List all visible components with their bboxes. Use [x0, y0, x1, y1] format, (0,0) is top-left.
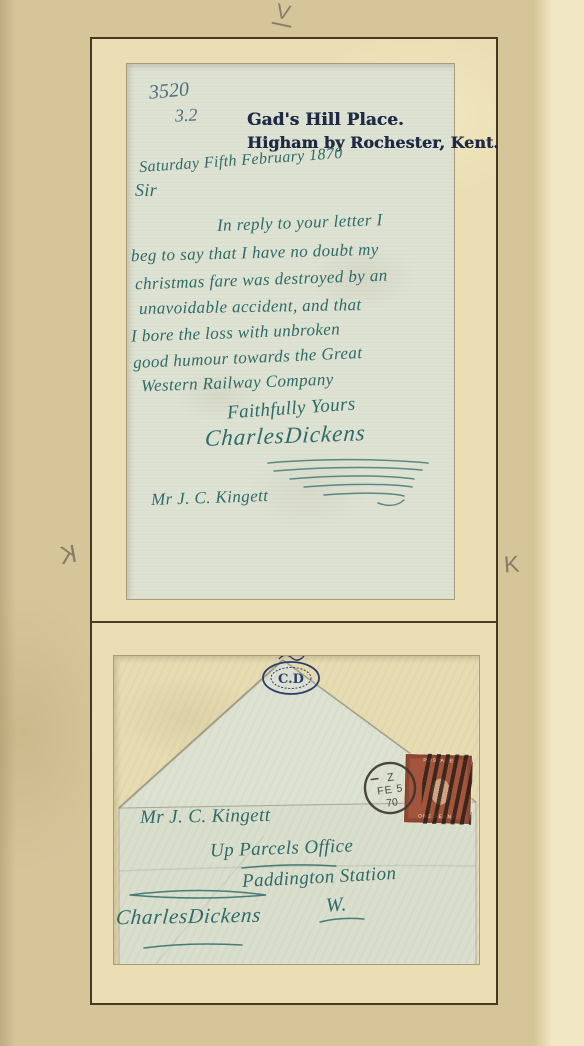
envelope-signature: CharlesDickens: [115, 903, 263, 931]
letter-body-line: I bore the loss with unbroken: [131, 319, 341, 346]
letter-sheet: 3520 3.2 Gad's Hill Place. Higham by Roc…: [126, 63, 455, 600]
letter-body-line: Western Railway Company: [141, 370, 334, 397]
catalog-number: 3520: [148, 78, 190, 104]
panel-divider: [92, 621, 496, 623]
catalog-subnumber: 3.2: [174, 104, 198, 126]
letter-body-line: beg to say that I have no doubt my: [131, 240, 379, 266]
letter-body-line: christmas fare was destroyed by an: [135, 266, 388, 295]
letter-body-line: In reply to your letter I: [217, 210, 383, 236]
docket-name: Mr J. C. Kingett: [151, 486, 269, 510]
envelope-window: C.D POSTAGE ONE PENNY Z FE 5 70 Mr J. C.…: [113, 655, 480, 965]
dickens-signature: CharlesDickens: [204, 420, 367, 452]
address-line: Mr J. C. Kingett: [140, 805, 271, 829]
postmark: Z FE 5 70: [358, 756, 421, 819]
cd-monogram-seal: C.D: [259, 655, 323, 698]
letterhead-line-1: Gad's Hill Place.: [247, 110, 404, 130]
pencil-mark-k-left: K: [58, 540, 79, 571]
postmark-year: 70: [385, 796, 398, 810]
mount-frame: 3520 3.2 Gad's Hill Place. Higham by Roc…: [90, 37, 498, 1005]
cancellation-bars: [421, 754, 473, 825]
album-page: V K K 3520 3.2 Gad's Hill Place. Higham …: [0, 0, 584, 1046]
valediction: Faithfully Yours: [226, 394, 356, 425]
address-line: W.: [325, 893, 347, 917]
date-line: Saturday Fifth February 1870: [139, 145, 344, 177]
postmark-code: Z: [386, 771, 395, 784]
pencil-mark-k-right: K: [503, 550, 520, 578]
letter-body-line: unavoidable accident, and that: [139, 295, 362, 319]
signature-flourish: [262, 456, 432, 508]
postmark-date: FE 5: [376, 782, 404, 798]
pencil-mark-v: V: [272, 0, 297, 28]
letter-body-line: good humour towards the Great: [133, 343, 363, 373]
monogram-text: C.D: [278, 672, 304, 687]
salutation: Sir: [135, 180, 157, 201]
